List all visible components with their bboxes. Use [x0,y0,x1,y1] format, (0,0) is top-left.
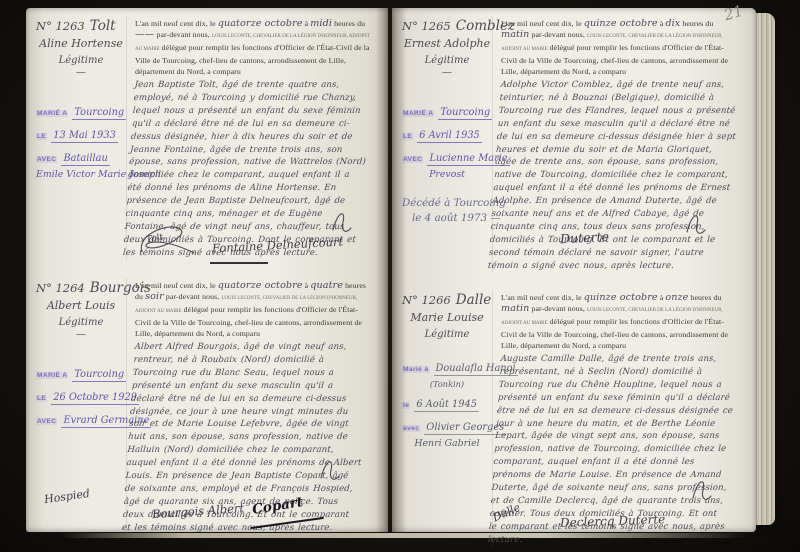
record-text: L'an mil neuf cent dix, le quinze octobr… [492,16,756,273]
printed-du: du [135,292,143,301]
death-marginal-note: Décédé à Tourcoing le 4 août 1973 — [402,196,492,226]
divider-flourish: — [402,67,492,78]
printed-a: à [660,293,664,302]
record-given-names: Ernest Adolphe [402,37,492,50]
stamp-married-date: 6 Avril 1935 [417,130,482,143]
stamp-married-date: 13 Mai 1933 [51,130,118,143]
printed-delegue: délégué [162,43,187,52]
stamp-spouse-name-2: Emile Victor Marie Joseph [36,169,126,180]
signature-flourish [134,222,200,260]
printed-du: du [357,19,365,28]
paraph-mark [318,456,342,486]
handwritten-hour: onze [665,292,688,303]
printed-pardevant: par-devant nous, [156,30,209,39]
signature-underline [210,262,268,264]
birth-record-1263: N° 1263Tolt Aline Hortense Légitime — MA… [26,16,388,260]
register-page-right: N° 1265Comblez Ernest Adolphe Légitime —… [392,8,756,532]
paraph-mark [684,210,708,240]
record-number-line: N° 1263Tolt [36,18,126,34]
record-surname: Tolt [90,18,116,34]
stamp-avec-label: AVEC [402,156,423,163]
divider-flourish: — [36,329,126,340]
printed-formula: L'an mil neuf cent dix, le quinze octobr… [501,292,740,351]
printed-opening: L'an mil neuf cent dix, le [501,293,582,302]
stamp-married-label: MARIÉ A [402,110,434,117]
handwritten-date: quatorze octobre [218,280,303,291]
register-scan: { "colors": { "page_paper": "#efede6", "… [0,0,800,552]
printed-a: à [660,19,664,28]
handwritten-period: —— [135,29,154,40]
stamp-married-place: Tourcoing [72,369,126,382]
handwritten-act-text: Albert Alfred Bourgois, âgé de vingt neu… [121,341,372,535]
marriage-stamp: MARIÉ A Tourcoing LE 13 Mai 1933 AVEC Ba… [36,102,126,180]
stamp-spouse-name-2: Henri Gabriel [402,438,492,449]
stamp-married-label: Marié à [402,366,430,373]
printed-du: du [714,293,722,302]
death-note-line2: le 4 août 1973 — [402,211,492,226]
paraph-mark [330,208,354,238]
stamp-le-label: LE [36,395,47,402]
birth-record-1264: N° 1264Bourgois Albert Louis Légitime — … [26,278,388,535]
stamp-married-label: MARIÉ A [36,110,68,117]
paraph-mark [690,476,714,506]
printed-opening: L'an mil neuf cent dix, le [135,19,216,28]
stamp-le-label: LE [402,133,413,140]
printed-heures: heures [682,19,703,28]
margin-annotations: N° 1265Comblez Ernest Adolphe Légitime —… [392,16,492,273]
register-page-left: N° 1263Tolt Aline Hortense Légitime — MA… [26,8,388,532]
birth-record-1265: N° 1265Comblez Ernest Adolphe Légitime —… [392,16,756,273]
stamp-spouse-name-2: Prevost [402,169,492,180]
printed-formula: L'an mil neuf cent dix, le quatorze octo… [135,18,372,77]
handwritten-period: matin [501,303,529,314]
legitimacy-status: Légitime [36,317,126,328]
printed-a: à [305,281,309,290]
handwritten-hour: dix [665,18,680,29]
record-text: L'an mil neuf cent dix, le quatorze octo… [126,278,388,535]
legitimacy-status: Légitime [36,55,126,66]
record-text: L'an mil neuf cent dix, le quinze octobr… [492,290,756,547]
book-page-edges [754,13,775,525]
record-number-line: N° 1266Dalle [402,292,492,308]
handwritten-period: soir [145,291,164,302]
record-number-line: N° 1265Comblez [402,18,492,34]
stamp-le-label: le [402,402,410,409]
stamp-married-label: MARIÉ A [36,372,68,379]
stamp-married-place-2: (Tonkin) [402,379,492,389]
stamp-spouse-name: Bataillau [61,153,109,166]
printed-pardevant: par-devant nous, [531,30,584,39]
record-number: N° 1265 [402,19,451,33]
marriage-stamp: MARIÉ A Tourcoing LE 6 Avril 1935 AVEC L… [402,102,492,180]
margin-annotations: N° 1266Dalle Marie Louise Légitime Marié… [392,290,492,547]
stamp-married-date: 6 Août 1945 [414,399,479,412]
handwritten-date: quinze octobre [584,292,658,303]
record-surname: Dalle [456,292,492,308]
record-given-names: Marie Louise [402,311,492,324]
printed-formula: L'an mil neuf cent dix, le quatorze octo… [135,280,372,339]
printed-delegue: délégué [550,317,575,326]
record-number: N° 1266 [402,293,451,307]
printed-pardevant: par-devant nous, [166,292,219,301]
death-note-line1: Décédé à Tourcoing [402,196,492,211]
printed-du: du [705,19,713,28]
printed-heures: heures [334,19,355,28]
signature-witness-duterte: Duterte [560,229,610,247]
stamp-married-place: Tourcoing [438,107,492,120]
printed-delegue: délégué [550,43,575,52]
stamp-avec-label: AVEC [36,418,57,425]
record-number: N° 1264 [36,281,85,295]
handwritten-hour: quatre [310,280,343,291]
marriage-stamp: Marié à Doualafla Hanoi (Tonkin) le 6 Ao… [402,358,492,449]
stamp-avec-label: AVEC [36,156,57,163]
stamp-married-place: Tourcoing [72,107,126,120]
margin-annotations: N° 1263Tolt Aline Hortense Légitime — MA… [26,16,126,260]
handwritten-act-text: Adolphe Victor Comblez, âgé de trente ne… [487,79,740,273]
marriage-stamp: MARIÉ A Tourcoing LE 26 Octobre 1929 AVE… [36,364,126,428]
record-given-names: Albert Louis [36,299,126,312]
handwritten-date: quinze octobre [584,18,658,29]
handwritten-hour: midi [310,18,332,29]
record-number-line: N° 1264Bourgois [36,280,126,296]
printed-opening: L'an mil neuf cent dix, le [135,281,216,290]
printed-heures: heures [345,281,366,290]
legitimacy-status: Légitime [402,55,492,66]
printed-pardevant: par-devant nous, [531,304,584,313]
printed-a: à [305,19,309,28]
printed-opening: L'an mil neuf cent dix, le [501,19,582,28]
stamp-avec-label: avec [402,425,420,432]
birth-record-1266: N° 1266Dalle Marie Louise Légitime Marié… [392,290,756,547]
handwritten-date: quatorze octobre [218,18,303,29]
record-number: N° 1263 [36,19,85,33]
record-given-names: Aline Hortense [36,37,126,50]
printed-heures: heures [691,293,712,302]
divider-flourish: — [36,67,126,78]
legitimacy-status: Légitime [402,329,492,340]
handwritten-period: matin [501,29,529,40]
printed-delegue: délégué [184,305,209,314]
printed-formula: L'an mil neuf cent dix, le quinze octobr… [501,18,740,77]
stamp-le-label: LE [36,133,47,140]
